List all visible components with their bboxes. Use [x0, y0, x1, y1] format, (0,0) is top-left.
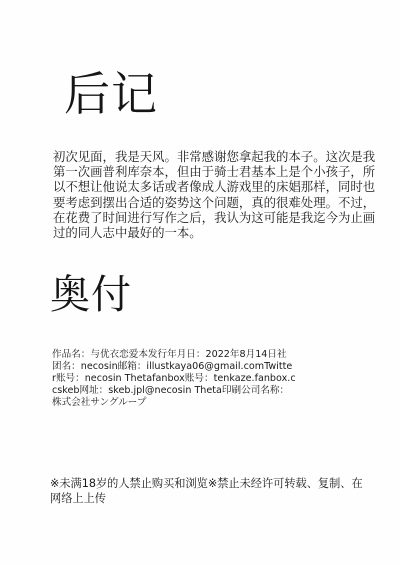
age-restriction-notice: ※未满18岁的人禁止购买和浏览※禁止未经许可转载、复制、在 网络上上传: [50, 477, 370, 506]
notice-line: 网络上上传: [50, 492, 370, 507]
colophon-credits: 作品名：与优衣恋爱本发行年月日：2022年8月14日社 团名：necosin邮箱…: [52, 349, 372, 409]
afterword-line: 过的同人志中最好的一本。: [53, 225, 371, 240]
afterword-heading: 后记: [64, 66, 158, 122]
afterword-line: 要考虑到摆出合适的姿势这个问题，真的很难处理。不过，: [53, 195, 371, 210]
afterword-line: 在花费了时间进行写作之后，我认为这可能是我迄今为止画: [53, 210, 371, 225]
afterword-line: 第一次画普利库奈本，但由于骑士君基本上是个小孩子，所: [53, 164, 371, 179]
afterword-body: 初次见面，我是天风。非常感谢您拿起我的本子。这次是我 第一次画普利库奈本，但由于…: [53, 149, 371, 240]
credit-line: 作品名：与优衣恋爱本发行年月日：2022年8月14日社: [52, 349, 372, 361]
credit-line: 团名：necosin邮箱：illustkaya06@gmail.comTwitt…: [52, 361, 372, 373]
notice-line: ※未满18岁的人禁止购买和浏览※禁止未经许可转载、复制、在: [50, 477, 370, 492]
colophon-heading: 奥付: [50, 270, 132, 320]
credit-line: r账号：necosin Thetafanbox账号：tenkaze.fanbox…: [52, 373, 372, 385]
credit-line: 株式会社サングループ: [52, 397, 372, 409]
credit-line: cskeb网址：skeb.jpl@necosin Theta印刷公司名称：: [52, 385, 372, 397]
afterword-line: 初次见面，我是天风。非常感谢您拿起我的本子。这次是我: [53, 149, 371, 164]
afterword-line: 以不想让他说太多话或者像成人游戏里的床娼那样，同时也: [53, 179, 371, 194]
document-page: 后记 初次见面，我是天风。非常感谢您拿起我的本子。这次是我 第一次画普利库奈本，…: [0, 0, 400, 565]
